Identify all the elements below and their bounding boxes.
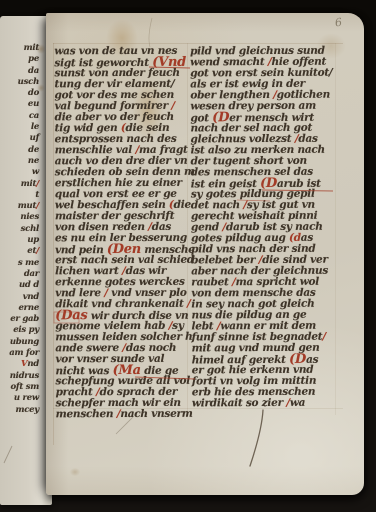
facing-page-line-fragment: nidrus xyxy=(2,371,39,382)
ink-segment: vor vnser sunde val xyxy=(55,353,164,365)
facing-page-line-fragment: vnd xyxy=(2,292,39,303)
facing-page-line-fragment: pe xyxy=(2,54,39,65)
facing-page-line-fragment: mut/ xyxy=(2,201,39,212)
ink-segment: mcey xyxy=(15,405,39,415)
ink-segment: usch xyxy=(18,77,39,87)
ruling-line xyxy=(335,43,336,415)
ink-segment: oft sm xyxy=(11,382,40,392)
facing-page-line-fragment: u rew xyxy=(2,393,39,404)
ink-segment: mut xyxy=(18,201,36,211)
ink-segment: vnd xyxy=(23,292,39,302)
folio-number: 6 xyxy=(334,16,343,30)
facing-page-line-fragment: ne xyxy=(2,156,39,167)
facing-page-line-fragment: nies xyxy=(2,212,39,223)
ink-segment: nidrus xyxy=(10,371,39,381)
rubric-segment: / xyxy=(36,179,39,189)
manuscript-photo: mitpedauschdoeucaleufdenewmit/tmut/niess… xyxy=(0,0,376,512)
text-line: wirdikait so zier /wa xyxy=(192,398,334,410)
facing-page-line-fragment: mcey xyxy=(2,405,39,416)
facing-page-text: mitpedauschdoeucaleufdenewmit/tmut/niess… xyxy=(2,43,39,416)
facing-page-line-fragment: eis py xyxy=(2,325,39,336)
text-line: mit aug vnd mund gen xyxy=(192,343,334,355)
ink-segment: ud d xyxy=(19,280,39,290)
facing-page-line-fragment: up xyxy=(2,235,39,246)
ink-segment: le xyxy=(31,122,39,132)
facing-page-line-fragment: mit/ xyxy=(2,179,39,190)
ink-segment: eu xyxy=(28,99,39,109)
rubric-segment: / xyxy=(36,246,39,256)
text-column-left: was von de tau vn nessigt ist geworcht (… xyxy=(54,46,195,420)
ink-segment: w xyxy=(32,167,39,177)
facing-page-line-fragment: dar xyxy=(2,269,39,280)
ink-segment: mit xyxy=(24,43,39,53)
ink-segment: nd xyxy=(27,359,39,369)
ink-segment: s me xyxy=(18,258,39,268)
facing-page-line-fragment: eu xyxy=(2,99,39,110)
rubric-segment: / xyxy=(36,201,39,211)
ink-segment: up xyxy=(27,235,39,245)
ink-segment: wirdikait so zier xyxy=(192,397,286,409)
facing-page-line-fragment: erne xyxy=(2,303,39,314)
ink-segment: et xyxy=(27,246,36,256)
ink-segment: u rew xyxy=(14,393,39,403)
text-line: menschen /nach vnserm xyxy=(56,409,196,420)
rubric-segment: / xyxy=(187,298,191,310)
facing-page-line-fragment: mit xyxy=(2,43,39,54)
ink-segment: t xyxy=(35,190,39,200)
ink-segment: des menschen sel das xyxy=(191,166,313,179)
ink-segment: menschen xyxy=(56,408,117,420)
facing-page-line-fragment: w xyxy=(2,167,39,178)
ink-segment: uf xyxy=(30,133,39,143)
facing-page-line-fragment: le xyxy=(2,122,39,133)
manuscript-page: 6 was von de tau vn nessigt ist geworcht… xyxy=(46,13,364,495)
facing-page-line-fragment: s me xyxy=(2,258,39,269)
facing-page-line-fragment: er gab xyxy=(2,314,39,325)
ink-segment: am for xyxy=(9,348,39,358)
facing-page-line-fragment: am for xyxy=(2,348,39,359)
facing-page-edge: mitpedauschdoeucaleufdenewmit/tmut/niess… xyxy=(0,16,52,505)
facing-page-line-fragment: da xyxy=(2,66,39,77)
ink-segment: schl xyxy=(21,224,39,234)
ink-segment: da xyxy=(28,66,39,76)
facing-page-line-fragment: Vnd xyxy=(2,359,39,370)
facing-page-line-fragment: ud d xyxy=(2,280,39,291)
ink-segment: de xyxy=(28,145,39,155)
ink-segment: er gab xyxy=(10,314,39,324)
ink-segment: ne xyxy=(28,156,39,166)
ink-segment: nies xyxy=(20,212,39,222)
ink-segment: wesen drey person am xyxy=(190,100,316,113)
facing-page-line-fragment: t xyxy=(2,190,39,201)
ink-segment: ubung xyxy=(10,337,39,347)
text-column-right: pild vnd gleichnus sundwend smacht /hie … xyxy=(190,46,334,410)
ink-segment: do xyxy=(28,88,39,98)
facing-page-line-fragment: do xyxy=(2,88,39,99)
ink-segment: eis py xyxy=(13,325,39,335)
facing-page-line-fragment: et/ xyxy=(2,246,39,257)
facing-page-line-fragment: oft sm xyxy=(2,382,39,393)
ink-segment: dar xyxy=(24,269,39,279)
stain xyxy=(70,468,80,476)
facing-page-line-fragment: schl xyxy=(2,224,39,235)
facing-page-line-fragment: ubung xyxy=(2,337,39,348)
ink-segment: pe xyxy=(28,54,39,64)
facing-page-line-fragment: ca xyxy=(2,111,39,122)
ink-segment: wa xyxy=(290,397,305,409)
ink-segment: die xyxy=(174,199,191,211)
facing-page-line-fragment: de xyxy=(2,145,39,156)
facing-page-line-fragment: usch xyxy=(2,77,39,88)
facing-page-line-fragment: uf xyxy=(2,133,39,144)
ink-segment: nach vnserm xyxy=(120,408,192,420)
rubric-segment: / xyxy=(322,331,326,343)
ink-segment: ca xyxy=(29,111,39,121)
ink-segment: mit xyxy=(21,179,36,189)
ink-segment: erne xyxy=(19,303,39,313)
